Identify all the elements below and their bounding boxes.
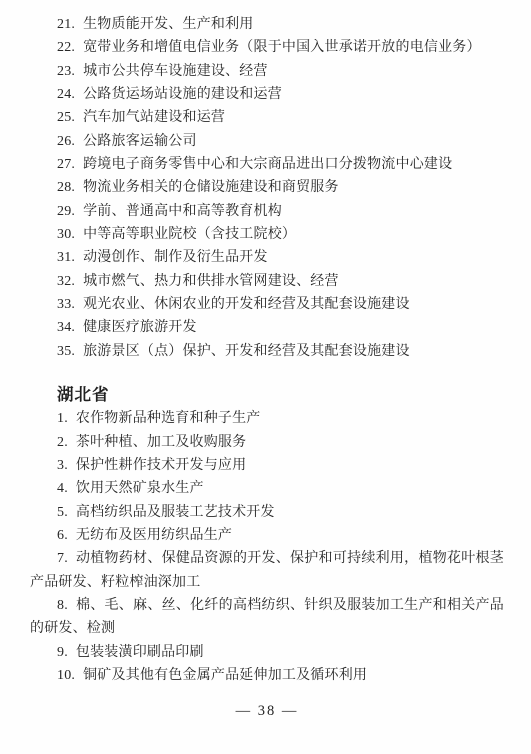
- section-continued-list: 21.生物质能开发、生产和利用22.宽带业务和增值电信业务（限于中国入世承诺开放…: [30, 13, 504, 363]
- list-item: 3.保护性耕作技术开发与应用: [30, 454, 504, 477]
- item-text: 跨境电子商务零售中心和大宗商品进出口分拨物流中心建设: [83, 157, 452, 172]
- item-number: 26.: [57, 134, 75, 149]
- list-item: 25.汽车加气站建设和运营: [30, 106, 504, 129]
- item-number: 35.: [57, 344, 75, 359]
- item-text: 学前、普通高中和高等教育机构: [83, 204, 282, 219]
- item-text: 棉、毛、麻、丝、化纤的高档纺织、针织及服装加工生产和相关产品的研发、检测: [30, 598, 504, 636]
- list-item: 4.饮用天然矿泉水生产: [30, 477, 504, 500]
- list-item: 9.包装装潢印刷品印刷: [30, 641, 504, 664]
- item-number: 4.: [57, 481, 68, 496]
- item-text: 饮用天然矿泉水生产: [76, 481, 204, 496]
- item-text: 动漫创作、制作及衍生品开发: [83, 250, 268, 265]
- list-item: 26.公路旅客运输公司: [30, 130, 504, 153]
- page-number: — 38 —: [236, 703, 299, 719]
- item-number: 28.: [57, 180, 75, 195]
- item-text: 茶叶种植、加工及收购服务: [76, 435, 246, 450]
- item-number: 3.: [57, 458, 68, 473]
- list-item: 28.物流业务相关的仓储设施建设和商贸服务: [30, 176, 504, 199]
- item-number: 2.: [57, 435, 68, 450]
- list-item: 35.旅游景区（点）保护、开发和经营及其配套设施建设: [30, 340, 504, 363]
- list-item: 31.动漫创作、制作及衍生品开发: [30, 246, 504, 269]
- list-item: 1.农作物新品种选育和种子生产: [30, 407, 504, 430]
- list-item: 10.铜矿及其他有色金属产品延伸加工及循环利用: [30, 664, 504, 687]
- list-item: 7.动植物药材、保健品资源的开发、保护和可持续利用，植物花叶根茎产品研发、籽粒榨…: [30, 547, 504, 594]
- item-number: 31.: [57, 250, 75, 265]
- item-number: 32.: [57, 274, 75, 289]
- item-text: 观光农业、休闲农业的开发和经营及其配套设施建设: [83, 297, 410, 312]
- item-text: 保护性耕作技术开发与应用: [76, 458, 246, 473]
- item-number: 25.: [57, 110, 75, 125]
- item-text: 宽带业务和增值电信业务（限于中国入世承诺开放的电信业务）: [83, 40, 481, 55]
- item-text: 公路货运场站设施的建设和运营: [83, 87, 282, 102]
- list-item: 34.健康医疗旅游开发: [30, 316, 504, 339]
- list-item: 21.生物质能开发、生产和利用: [30, 13, 504, 36]
- item-number: 21.: [57, 17, 75, 32]
- item-text: 包装装潢印刷品印刷: [76, 645, 204, 660]
- section-hubei-list: 1.农作物新品种选育和种子生产2.茶叶种植、加工及收购服务3.保护性耕作技术开发…: [30, 407, 504, 687]
- item-number: 7.: [57, 551, 68, 566]
- document-page: 21.生物质能开发、生产和利用22.宽带业务和增值电信业务（限于中国入世承诺开放…: [0, 0, 531, 754]
- item-number: 27.: [57, 157, 75, 172]
- list-item: 6.无纺布及医用纺织品生产: [30, 524, 504, 547]
- item-text: 物流业务相关的仓储设施建设和商贸服务: [83, 180, 339, 195]
- item-text: 无纺布及医用纺织品生产: [76, 528, 232, 543]
- item-text: 铜矿及其他有色金属产品延伸加工及循环利用: [83, 668, 367, 683]
- item-number: 23.: [57, 64, 75, 79]
- list-item: 22.宽带业务和增值电信业务（限于中国入世承诺开放的电信业务）: [30, 36, 504, 59]
- item-text: 中等高等职业院校（含技工院校）: [83, 227, 296, 242]
- item-number: 1.: [57, 411, 68, 426]
- item-text: 健康医疗旅游开发: [83, 320, 197, 335]
- item-text: 城市公共停车设施建设、经营: [83, 64, 268, 79]
- item-number: 30.: [57, 227, 75, 242]
- item-number: 6.: [57, 528, 68, 543]
- list-item: 8.棉、毛、麻、丝、化纤的高档纺织、针织及服装加工生产和相关产品的研发、检测: [30, 594, 504, 641]
- item-text: 公路旅客运输公司: [83, 134, 197, 149]
- item-text: 旅游景区（点）保护、开发和经营及其配套设施建设: [83, 344, 410, 359]
- item-text: 高档纺织品及服装工艺技术开发: [76, 505, 275, 520]
- item-number: 33.: [57, 297, 75, 312]
- list-item: 29.学前、普通高中和高等教育机构: [30, 200, 504, 223]
- item-number: 22.: [57, 40, 75, 55]
- list-item: 30.中等高等职业院校（含技工院校）: [30, 223, 504, 246]
- item-number: 34.: [57, 320, 75, 335]
- item-number: 29.: [57, 204, 75, 219]
- item-text: 城市燃气、热力和供排水管网建设、经营: [83, 274, 339, 289]
- list-item: 32.城市燃气、热力和供排水管网建设、经营: [30, 270, 504, 293]
- page-footer: — 38 —: [30, 700, 504, 723]
- item-text: 动植物药材、保健品资源的开发、保护和可持续利用，植物花叶根茎产品研发、籽粒榨油深…: [30, 551, 504, 589]
- item-number: 8.: [57, 598, 68, 613]
- item-number: 5.: [57, 505, 68, 520]
- list-item: 5.高档纺织品及服装工艺技术开发: [30, 501, 504, 524]
- item-number: 10.: [57, 668, 75, 683]
- list-item: 33.观光农业、休闲农业的开发和经营及其配套设施建设: [30, 293, 504, 316]
- item-text: 汽车加气站建设和运营: [83, 110, 225, 125]
- list-item: 24.公路货运场站设施的建设和运营: [30, 83, 504, 106]
- item-text: 农作物新品种选育和种子生产: [76, 411, 261, 426]
- list-item: 2.茶叶种植、加工及收购服务: [30, 431, 504, 454]
- item-number: 9.: [57, 645, 68, 660]
- item-number: 24.: [57, 87, 75, 102]
- province-heading: 湖北省: [30, 383, 504, 407]
- list-item: 23.城市公共停车设施建设、经营: [30, 60, 504, 83]
- list-item: 27.跨境电子商务零售中心和大宗商品进出口分拨物流中心建设: [30, 153, 504, 176]
- item-text: 生物质能开发、生产和利用: [83, 17, 253, 32]
